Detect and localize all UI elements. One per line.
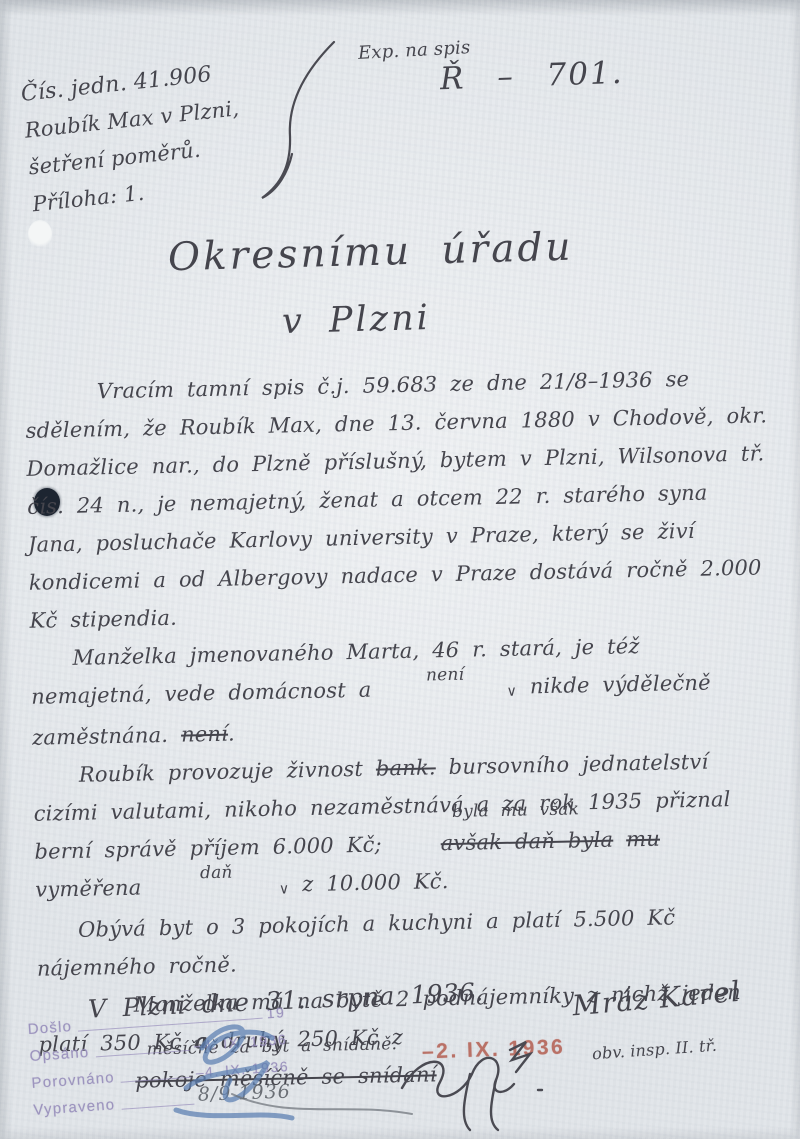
addressee-line-1: Okresnímu úřadu	[167, 225, 574, 281]
text-run: vyměřena	[35, 876, 142, 902]
punch-hole-faint	[28, 220, 52, 248]
inserted-word: není	[384, 675, 464, 677]
tail-path	[232, 1094, 412, 1114]
paragraph-business: Roubík provozuje živnost bank. bursovníh…	[32, 741, 777, 912]
exp-file-number: Ř – 701.	[439, 55, 624, 97]
strikethrough-correction: bank.	[376, 755, 436, 780]
inserted-phrase: byla mu však	[406, 801, 579, 822]
strikethrough-correction: není	[181, 722, 228, 747]
text-run: Vracím tamní spis č.j. 59.683 ze dne 21/…	[25, 367, 767, 633]
graphite-tail-stroke	[228, 1086, 418, 1128]
text-run: Roubík provozuje živnost	[79, 757, 364, 787]
insertion-caret	[233, 870, 290, 909]
text-run: .	[228, 722, 235, 746]
scanned-document-page: Čís. jedn. 41.906 Roubík Max v Plzni, še…	[0, 0, 800, 1139]
flourish-tail-1	[464, 1074, 470, 1130]
clerk-signature-flourish	[392, 1030, 572, 1135]
inserted-word: daň	[154, 873, 233, 875]
paragraph-wife: Manželka jmenovaného Marta, 46 r. stará,…	[30, 624, 774, 757]
pencil-stroke-1	[202, 1027, 272, 1062]
addressee-line-2: v Plzni	[282, 298, 432, 342]
flourish-strokes	[402, 1042, 542, 1130]
paragraph-return-of-file: Vracím tamní spis č.j. 59.683 ze dne 21/…	[24, 358, 771, 639]
strikethrough-correction: avšak daň byla	[440, 828, 613, 856]
flourish-tail-2	[491, 1080, 498, 1130]
flourish-loop	[402, 1058, 514, 1096]
flourish-zigzag	[510, 1042, 530, 1072]
stamp-row-label: Došlo	[27, 1018, 72, 1038]
insertion-caret	[464, 673, 517, 712]
text-run: z 10.000 Kč.	[302, 869, 449, 896]
text-run: Obývá byt o 3 pokojích a kuchyni a platí…	[37, 905, 676, 980]
stamp-row-label: Vypraveno	[33, 1096, 116, 1119]
reference-block: Čís. jedn. 41.906 Roubík Max v Plzni, še…	[19, 45, 333, 224]
strikethrough-correction: mu	[626, 827, 660, 852]
correction-with-insertion: byla mu všakavšak daň byla	[394, 821, 613, 864]
